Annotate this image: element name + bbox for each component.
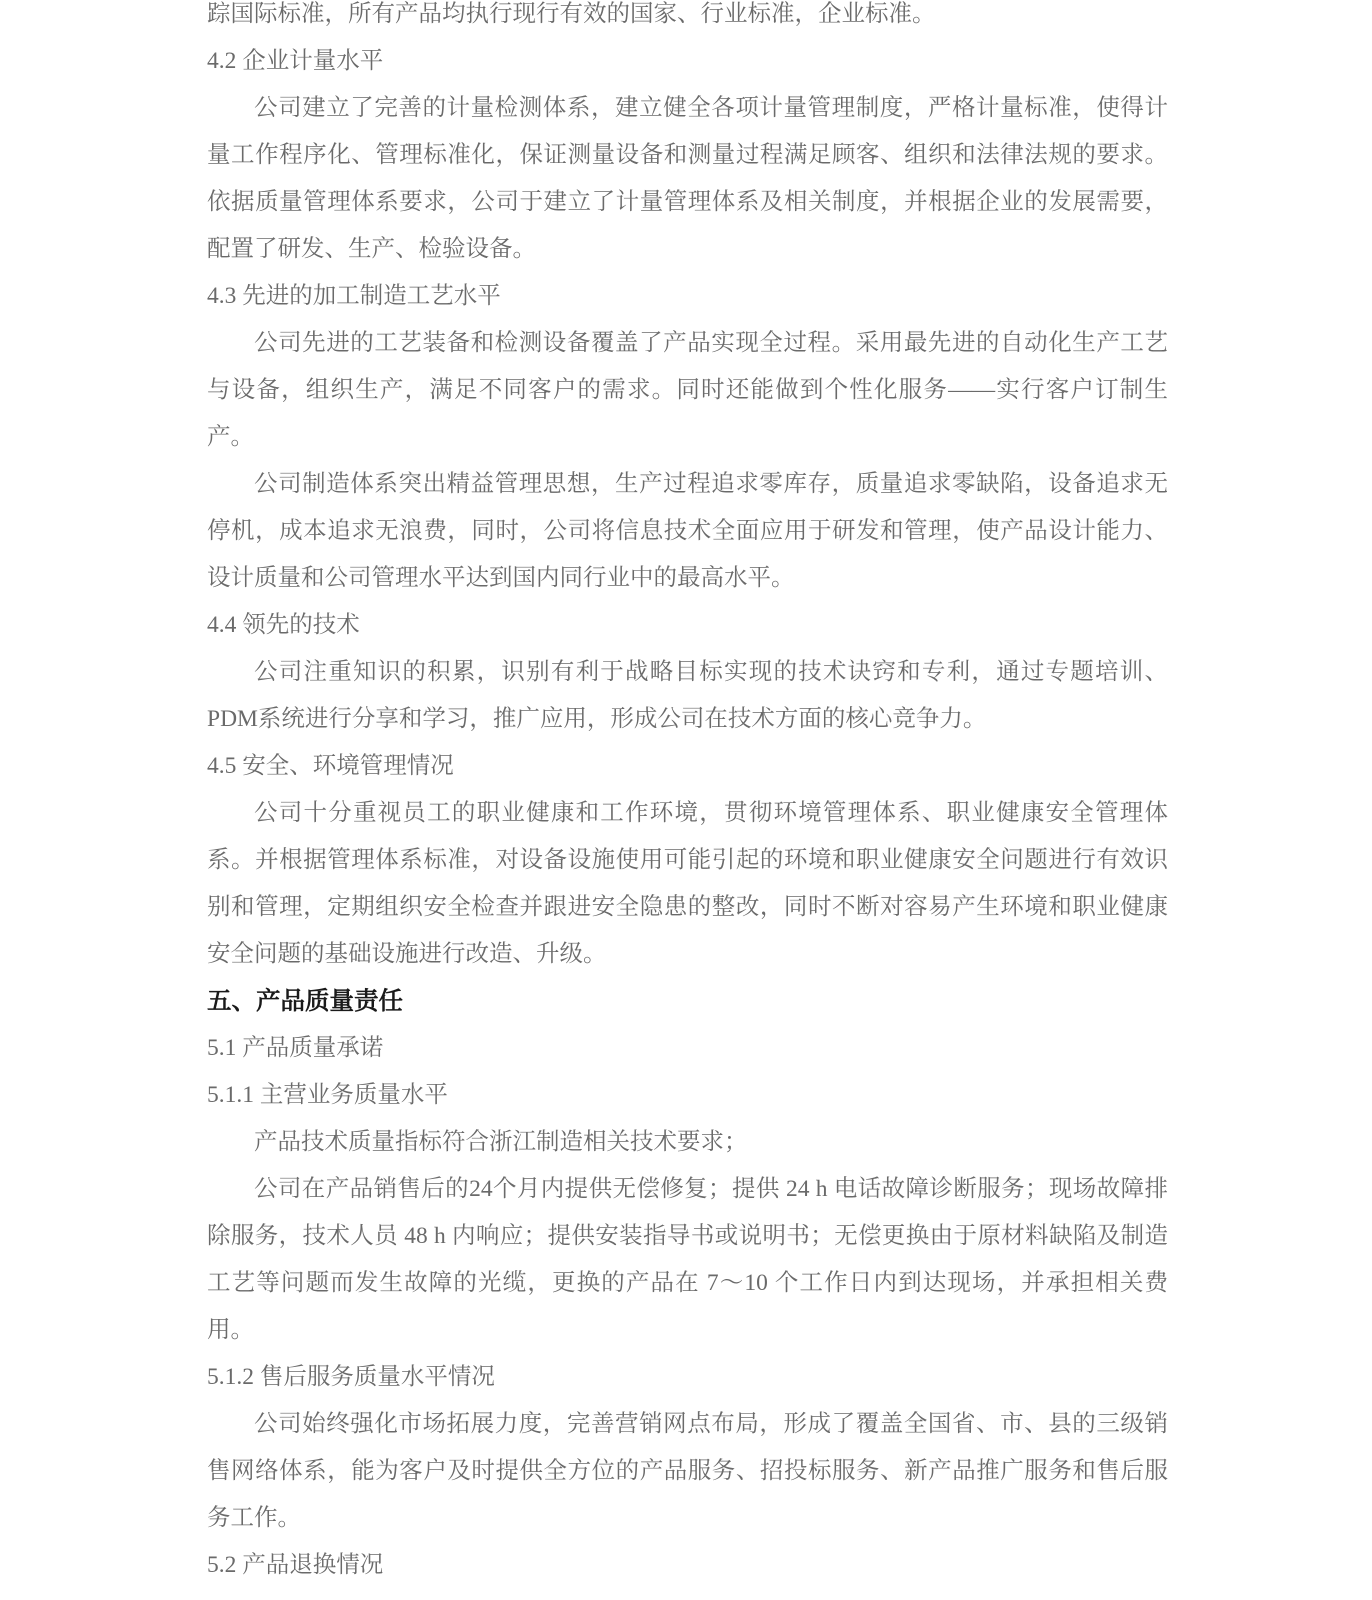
paragraph: 公司始终强化市场拓展力度，完善营销网点布局，形成了覆盖全国省、市、县的三级销售网… <box>207 1401 1168 1542</box>
subsection-heading: 5.1 产品质量承诺 <box>207 1025 1168 1072</box>
subsection-heading: 4.2 企业计量水平 <box>207 38 1168 85</box>
document-body: 踪国际标准，所有产品均执行现行有效的国家、行业标准，企业标准。4.2 企业计量水… <box>207 0 1168 1589</box>
subsection-heading: 5.1.1 主营业务质量水平 <box>207 1072 1168 1119</box>
subsection-heading: 5.2 产品退换情况 <box>207 1542 1168 1589</box>
paragraph-continuation: 踪国际标准，所有产品均执行现行有效的国家、行业标准，企业标准。 <box>207 0 1168 38</box>
section-heading: 五、产品质量责任 <box>207 978 1168 1025</box>
subsection-heading: 4.3 先进的加工制造工艺水平 <box>207 273 1168 320</box>
paragraph: 公司先进的工艺装备和检测设备覆盖了产品实现全过程。采用最先进的自动化生产工艺与设… <box>207 320 1168 461</box>
subsection-heading: 5.1.2 售后服务质量水平情况 <box>207 1354 1168 1401</box>
paragraph: 公司十分重视员工的职业健康和工作环境，贯彻环境管理体系、职业健康安全管理体系。并… <box>207 790 1168 978</box>
subsection-heading: 4.4 领先的技术 <box>207 602 1168 649</box>
paragraph: 公司制造体系突出精益管理思想，生产过程追求零库存，质量追求零缺陷，设备追求无停机… <box>207 461 1168 602</box>
paragraph: 产品技术质量指标符合浙江制造相关技术要求； <box>207 1119 1168 1166</box>
paragraph: 公司在产品销售后的24个月内提供无偿修复；提供 24 h 电话故障诊断服务；现场… <box>207 1166 1168 1354</box>
paragraph: 公司建立了完善的计量检测体系，建立健全各项计量管理制度，严格计量标准，使得计量工… <box>207 85 1168 273</box>
paragraph: 公司注重知识的积累，识别有利于战略目标实现的技术诀窍和专利，通过专题培训、PDM… <box>207 649 1168 743</box>
subsection-heading: 4.5 安全、环境管理情况 <box>207 743 1168 790</box>
